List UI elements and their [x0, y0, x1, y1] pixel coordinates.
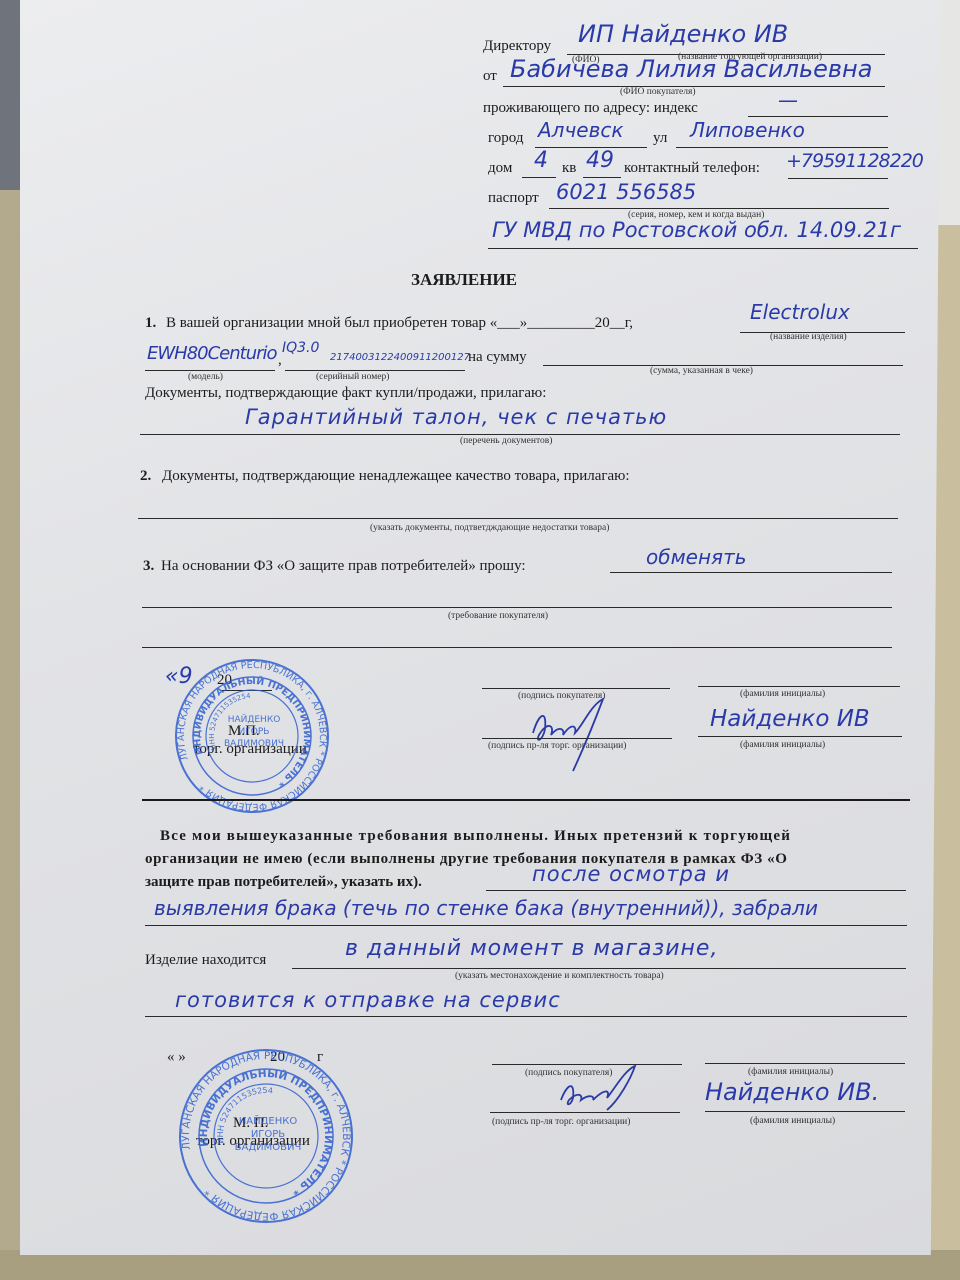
city-label: город	[488, 130, 523, 147]
seller-signature-1	[525, 695, 615, 775]
section1-text: В вашей организации мной был приобретен …	[166, 315, 633, 332]
location-label: Изделие находится	[145, 952, 266, 969]
product-value: Electrolux	[750, 300, 850, 324]
street-label: ул	[653, 130, 667, 147]
section2-number: 2.	[140, 468, 151, 485]
apt-label: кв	[562, 160, 576, 177]
phone-value: +79591128220	[786, 150, 923, 172]
section3-value: обменять	[646, 545, 747, 569]
closing-value-1: после осмотра и	[532, 862, 730, 886]
passport-issued: ГУ МВД по Ростовской обл. 14.09.21г	[492, 218, 901, 242]
passport-value: 6021 556585	[556, 180, 696, 204]
sign2-seller-name: Найденко ИВ.	[705, 1078, 879, 1106]
stamp-name-2: ИГОРЬ	[239, 727, 270, 737]
sign2-seller-sig-hint: (подпись пр-ля торг. организации)	[492, 1117, 630, 1127]
stamp-name-1: НАЙДЕНКО	[228, 713, 281, 725]
sign1-seller-name: Найденко ИВ	[710, 706, 870, 732]
docs-label: Документы, подтверждающие факт купли/про…	[145, 385, 546, 402]
company-stamp-2: ЛУГАНСКАЯ НАРОДНАЯ РЕСПУБЛИКА, г. АЛЧЕВС…	[176, 1046, 356, 1226]
sum-hint: (сумма, указанная в чеке)	[650, 366, 753, 376]
section3-hint: (требование покупателя)	[448, 611, 548, 621]
stamp-name-3: ВАДИМОВИЧ	[224, 739, 284, 749]
section2-hint: (указать документы, подтветдждающие недо…	[370, 523, 609, 533]
section2-text: Документы, подтверждающие ненадлежащее к…	[162, 468, 630, 485]
document-title: ЗАЯВЛЕНИЕ	[411, 270, 517, 290]
location-value-1: в данный момент в магазине,	[345, 936, 718, 961]
location-value-2: готовится к отправке на сервис	[175, 988, 561, 1012]
phone-label: контактный телефон:	[624, 160, 760, 177]
section3-number: 3.	[143, 558, 154, 575]
serial-hint: (серийный номер)	[316, 372, 389, 382]
house-value: 4	[534, 148, 548, 173]
sign1-buyer-name-hint: (фамилия инициалы)	[740, 689, 825, 699]
closing-line-1: Все мои вышеуказанные требования выполне…	[160, 828, 791, 845]
from-label: от	[483, 68, 497, 85]
closing-value-2: выявления брака (течь по стенке бака (вн…	[154, 896, 818, 920]
product-hint: (название изделия)	[770, 332, 847, 342]
model-hint: (модель)	[188, 372, 223, 382]
city-value: Алчевск	[538, 118, 623, 142]
sum-label: на сумму	[468, 349, 527, 366]
from-value: Бабичева Лилия Васильевна	[510, 55, 872, 83]
docs-hint: (перечень документов)	[460, 436, 552, 446]
sign2-buyer-name-hint: (фамилия инициалы)	[748, 1067, 833, 1077]
seller-signature-2	[555, 1064, 645, 1114]
model-suffix: IQ3.0	[282, 340, 319, 356]
sign2-seller-name-hint: (фамилия инициалы)	[750, 1116, 835, 1126]
apt-value: 49	[586, 148, 614, 173]
section1-number: 1.	[145, 315, 156, 332]
location-hint: (указать местонахождение и комплектность…	[455, 971, 664, 981]
stamp2-name-1: НАЙДЕНКО	[239, 1114, 298, 1127]
docs-value: Гарантийный талон, чек с печатью	[245, 405, 667, 429]
director-label: Директору	[483, 38, 551, 55]
passport-label: паспорт	[488, 190, 539, 207]
model-value: EWH80Centurio	[147, 343, 277, 364]
stamp2-name-3: ВАДИМОВИЧ	[235, 1142, 302, 1153]
sign1-seller-sig-hint: (подпись пр-ля торг. организации)	[488, 741, 626, 751]
from-hint: (ФИО покупателя)	[620, 87, 696, 97]
closing-line-3: защите прав потребителей», указать их).	[145, 874, 422, 891]
house-label: дом	[488, 160, 512, 177]
index-value: —	[778, 88, 798, 112]
company-stamp-1: ЛУГАНСКАЯ НАРОДНАЯ РЕСПУБЛИКА, г. АЛЧЕВС…	[172, 656, 332, 816]
serial-value: 2174003122400911200127	[330, 352, 470, 363]
sign1-seller-name-hint: (фамилия инициалы)	[740, 740, 825, 750]
address-label: проживающего по адресу: индекс	[483, 100, 698, 117]
stamp2-name-2: ИГОРЬ	[251, 1129, 285, 1140]
director-value: ИП Найденко ИВ	[578, 20, 788, 48]
street-value: Липовенко	[690, 118, 805, 142]
section3-text: На основании ФЗ «О защите прав потребите…	[161, 558, 526, 575]
